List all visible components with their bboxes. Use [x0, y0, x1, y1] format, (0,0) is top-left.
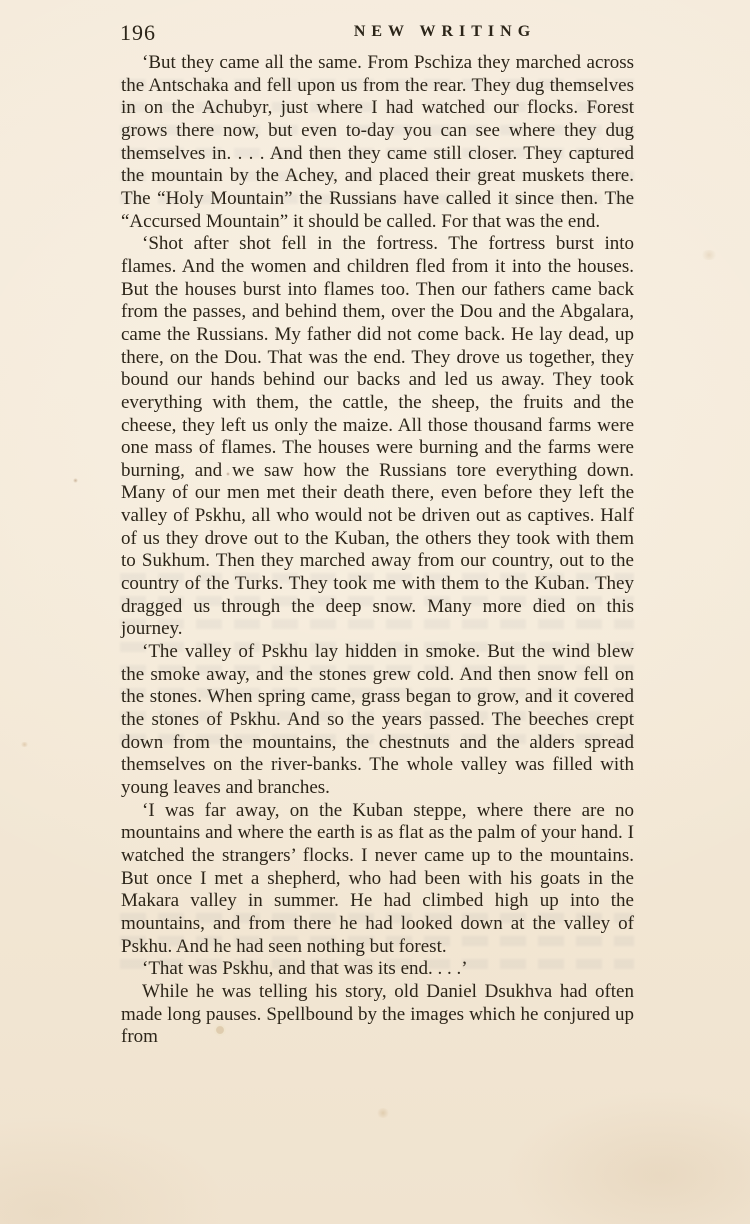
paper-stain — [73, 478, 78, 483]
paragraph: ‘The valley of Pskhu lay hidden in smoke… — [121, 641, 634, 800]
paragraph: ‘But they came all the same. From Pschiz… — [121, 52, 634, 233]
paragraph: ‘Shot after shot fell in the fortress. T… — [121, 233, 634, 641]
paper-stain — [700, 250, 718, 260]
running-title: NEW WRITING — [345, 23, 545, 41]
paragraph: ‘I was far away, on the Kuban steppe, wh… — [121, 800, 634, 959]
page-header: 196 NEW WRITING — [120, 20, 634, 46]
paragraph: ‘That was Pskhu, and that was its end. .… — [121, 958, 634, 981]
paragraph: While he was telling his story, old Dani… — [121, 981, 634, 1049]
page-number: 196 — [120, 20, 156, 46]
body-text: ‘But they came all the same. From Pschiz… — [121, 52, 634, 1049]
paper-stain — [376, 1108, 390, 1118]
paper-stain — [20, 742, 29, 747]
